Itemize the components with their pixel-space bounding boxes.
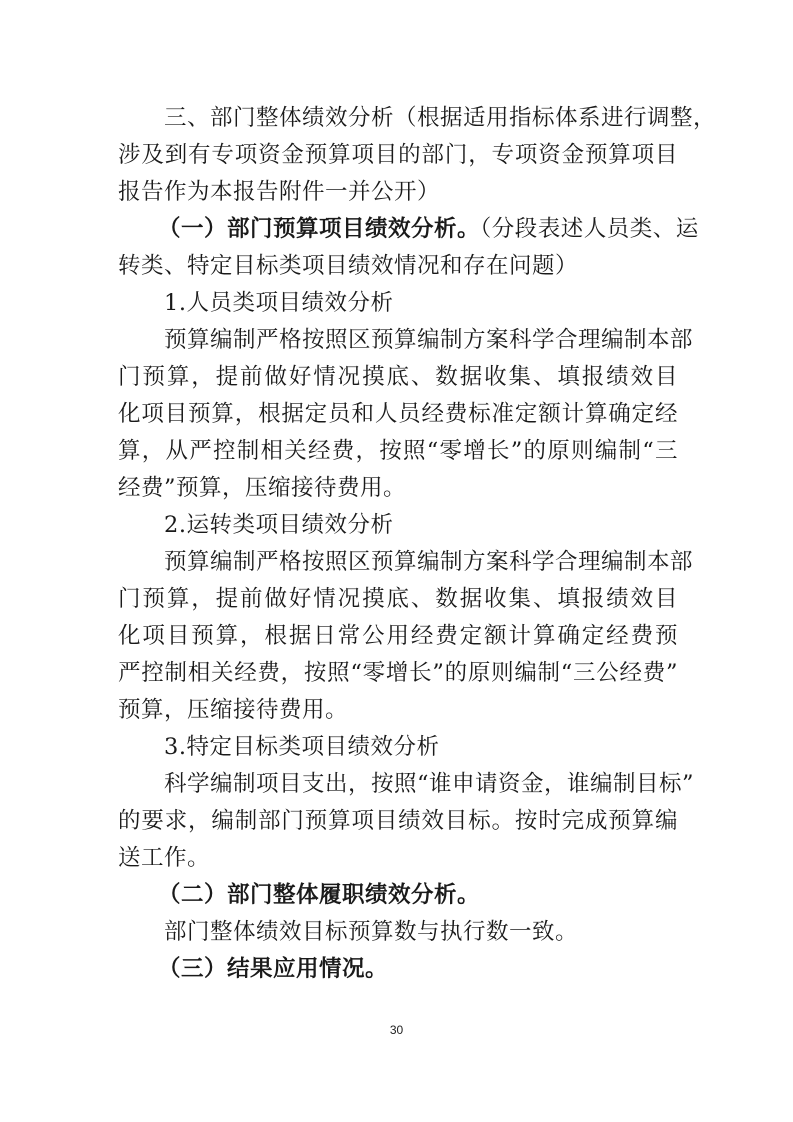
subsection-3-title: （三）结果应用情况。 — [118, 951, 678, 988]
item-3-line-1: 科学编制项目支出，按照“谁申请资金，谁编制目标” — [118, 766, 678, 803]
subsection-2-body: 部门整体绩效目标预算数与执行数一致。 — [118, 914, 678, 951]
subsection-2-title: （二）部门整体履职绩效分析。 — [118, 877, 678, 914]
item-1-line-2: 门预算，提前做好情况摸底、数据收集、填报绩效目标、细 — [118, 359, 678, 396]
section-heading-line-3: 报告作为本报告附件一并公开） — [118, 174, 678, 211]
subsection-results-application: （三）结果应用情况。 — [118, 951, 678, 988]
document-page: 三、部门整体绩效分析（根据适用指标体系进行调整， 涉及到有专项资金预算项目的部门… — [118, 100, 678, 988]
item-1-line-3: 化项目预算，根据定员和人员经费标准定额计算确定经费预 — [118, 396, 678, 433]
section-heading-line-2: 涉及到有专项资金预算项目的部门，专项资金预算项目自评 — [118, 137, 678, 174]
subsection-1-note: （分段表述人员类、运 — [480, 216, 699, 242]
item-3-line-3: 送工作。 — [118, 840, 678, 877]
item-1-body: 预算编制严格按照区预算编制方案科学合理编制本部 门预算，提前做好情况摸底、数据收… — [118, 322, 678, 507]
item-1-line-5: 经费”预算，压缩接待费用。 — [118, 470, 678, 507]
page-number: 30 — [0, 1023, 793, 1037]
subsection-overall-performance: （二）部门整体履职绩效分析。 部门整体绩效目标预算数与执行数一致。 — [118, 877, 678, 951]
item-3-line-2: 的要求，编制部门预算项目绩效目标。按时完成预算编制报 — [118, 803, 678, 840]
section-heading: 三、部门整体绩效分析（根据适用指标体系进行调整， 涉及到有专项资金预算项目的部门… — [118, 100, 678, 211]
item-1-heading: 1.人员类项目绩效分析 — [118, 285, 678, 322]
item-2-heading: 2.运转类项目绩效分析 — [118, 507, 678, 544]
item-2-line-1: 预算编制严格按照区预算编制方案科学合理编制本部 — [118, 544, 678, 581]
item-2-line-3: 化项目预算，根据日常公用经费定额计算确定经费预算，从 — [118, 618, 678, 655]
item-2-body: 预算编制严格按照区预算编制方案科学合理编制本部 门预算，提前做好情况摸底、数据收… — [118, 544, 678, 729]
subsection-budget-projects: （一）部门预算项目绩效分析。（分段表述人员类、运 转类、特定目标类项目绩效情况和… — [118, 211, 678, 877]
item-1-line-4: 算，从严控制相关经费，按照“零增长”的原则编制“三公 — [118, 433, 678, 470]
item-1-line-1: 预算编制严格按照区预算编制方案科学合理编制本部 — [118, 322, 678, 359]
subsection-1-title-line: （一）部门预算项目绩效分析。（分段表述人员类、运 — [118, 211, 678, 248]
item-3-heading: 3.特定目标类项目绩效分析 — [118, 729, 678, 766]
item-2-line-4: 严控制相关经费，按照“零增长”的原则编制“三公经费” — [118, 655, 678, 692]
subsection-1-note-line-2: 转类、特定目标类项目绩效情况和存在问题） — [118, 248, 678, 285]
item-3-body: 科学编制项目支出，按照“谁申请资金，谁编制目标” 的要求，编制部门预算项目绩效目… — [118, 766, 678, 877]
item-2-line-5: 预算，压缩接待费用。 — [118, 692, 678, 729]
subsection-1-title: （一）部门预算项目绩效分析。 — [158, 216, 480, 242]
item-2-line-2: 门预算，提前做好情况摸底、数据收集、填报绩效目标、细 — [118, 581, 678, 618]
section-heading-line-1: 三、部门整体绩效分析（根据适用指标体系进行调整， — [118, 100, 678, 137]
